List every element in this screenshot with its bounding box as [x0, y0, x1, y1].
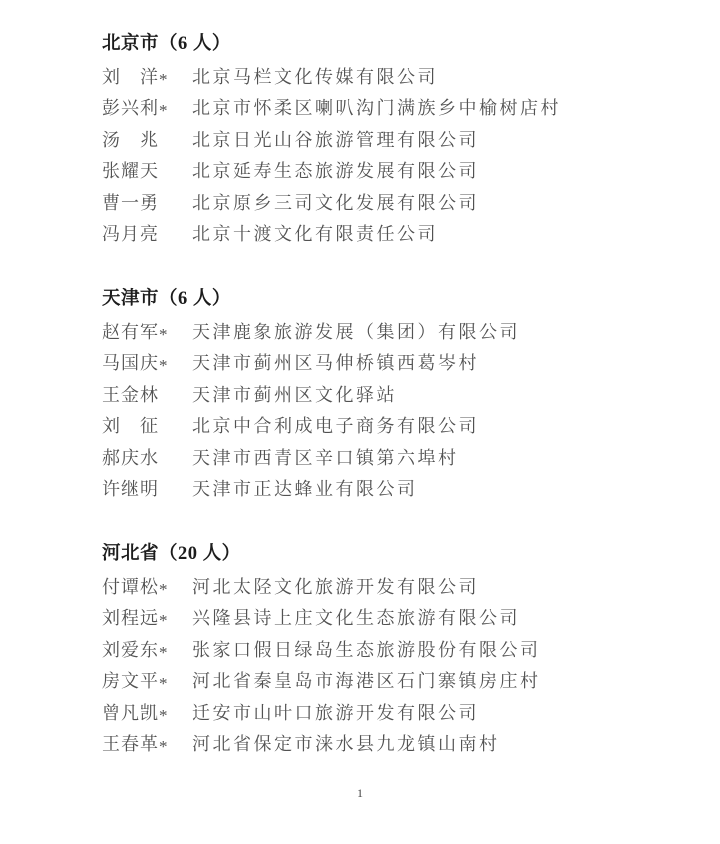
person-row: 冯月亮北京十渡文化有限责任公司 [102, 218, 680, 250]
person-organization: 天津市蓟州区马伸桥镇西葛岑村 [192, 349, 479, 375]
person-organization: 迁安市山叶口旅游开发有限公司 [192, 699, 479, 725]
person-row: 王春革*河北省保定市涞水县九龙镇山南村 [102, 728, 680, 760]
person-name: 刘程远 [102, 608, 159, 628]
person-name-block: 刘爱东* [102, 636, 192, 662]
footnote-asterisk-marker: * [159, 737, 168, 756]
footnote-asterisk-marker: * [159, 611, 168, 630]
person-row: 刘 洋*北京马栏文化传媒有限公司 [102, 60, 680, 92]
person-organization: 北京原乡三司文化发展有限公司 [192, 189, 479, 215]
person-name: 郝庆水 [102, 448, 159, 468]
section-title: 天津市（6 人） [102, 283, 680, 315]
person-name-block: 赵有军* [102, 318, 192, 344]
person-name-block: 彭兴利* [102, 94, 192, 120]
footnote-asterisk-marker: * [159, 674, 168, 693]
person-name: 付谭松 [102, 577, 159, 597]
person-organization: 北京延寿生态旅游发展有限公司 [192, 157, 479, 183]
section-rows: 赵有军*天津鹿象旅游发展（集团）有限公司 马国庆*天津市蓟州区马伸桥镇西葛岑村 … [102, 315, 680, 504]
person-row: 房文平*河北省秦皇岛市海港区石门寨镇房庄村 [102, 665, 680, 697]
person-name-block: 王金林 [102, 381, 192, 407]
person-name: 张耀天 [102, 161, 159, 181]
person-row: 郝庆水天津市西青区辛口镇第六埠村 [102, 441, 680, 473]
person-name: 刘 征 [102, 416, 159, 436]
person-name-block: 刘 征 [102, 412, 192, 438]
person-organization: 天津市蓟州区文化驿站 [192, 381, 397, 407]
province-section: 北京市（6 人） 刘 洋*北京马栏文化传媒有限公司 彭兴利*北京市怀柔区喇叭沟门… [102, 28, 680, 249]
person-row: 刘 征北京中合利成电子商务有限公司 [102, 410, 680, 442]
footnote-asterisk-marker: * [159, 325, 168, 344]
person-name-block: 曾凡凯* [102, 699, 192, 725]
person-name: 曹一勇 [102, 193, 159, 213]
person-name-block: 王春革* [102, 730, 192, 756]
footnote-asterisk-marker: * [159, 580, 168, 599]
person-name-block: 马国庆* [102, 349, 192, 375]
section-title: 北京市（6 人） [102, 28, 680, 60]
person-organization: 北京日光山谷旅游管理有限公司 [192, 126, 479, 152]
person-organization: 河北省秦皇岛市海港区石门寨镇房庄村 [192, 667, 541, 693]
person-row: 王金林天津市蓟州区文化驿站 [102, 378, 680, 410]
person-name-block: 许继明 [102, 475, 192, 501]
person-name-block: 刘 洋* [102, 63, 192, 89]
person-organization: 天津市正达蜂业有限公司 [192, 475, 418, 501]
person-name-block: 曹一勇 [102, 189, 192, 215]
person-name: 刘爱东 [102, 640, 159, 660]
person-row: 汤 兆北京日光山谷旅游管理有限公司 [102, 123, 680, 155]
person-organization: 张家口假日绿岛生态旅游股份有限公司 [192, 636, 541, 662]
person-row: 张耀天北京延寿生态旅游发展有限公司 [102, 155, 680, 187]
person-name-block: 房文平* [102, 667, 192, 693]
person-name-block: 张耀天 [102, 157, 192, 183]
person-name-block: 冯月亮 [102, 220, 192, 246]
footnote-asterisk-marker: * [159, 356, 168, 375]
person-row: 许继明天津市正达蜂业有限公司 [102, 473, 680, 505]
footnote-asterisk-marker: * [159, 706, 168, 725]
footnote-asterisk-marker: * [159, 70, 168, 89]
section-rows: 付谭松*河北太陉文化旅游开发有限公司 刘程远*兴隆县诗上庄文化生态旅游有限公司 … [102, 570, 680, 759]
person-name-block: 汤 兆 [102, 126, 192, 152]
person-row: 刘程远*兴隆县诗上庄文化生态旅游有限公司 [102, 602, 680, 634]
person-name: 马国庆 [102, 353, 159, 373]
person-organization: 北京十渡文化有限责任公司 [192, 220, 438, 246]
person-row: 付谭松*河北太陉文化旅游开发有限公司 [102, 570, 680, 602]
person-name: 房文平 [102, 671, 159, 691]
person-name: 王金林 [102, 385, 159, 405]
person-organization: 天津鹿象旅游发展（集团）有限公司 [192, 318, 520, 344]
person-organization: 北京市怀柔区喇叭沟门满族乡中榆树店村 [192, 94, 561, 120]
person-name: 汤 兆 [102, 130, 159, 150]
province-section: 河北省（20 人） 付谭松*河北太陉文化旅游开发有限公司 刘程远*兴隆县诗上庄文… [102, 538, 680, 759]
person-name-block: 付谭松* [102, 573, 192, 599]
person-row: 彭兴利*北京市怀柔区喇叭沟门满族乡中榆树店村 [102, 92, 680, 124]
document-page: 北京市（6 人） 刘 洋*北京马栏文化传媒有限公司 彭兴利*北京市怀柔区喇叭沟门… [0, 0, 720, 844]
person-row: 马国庆*天津市蓟州区马伸桥镇西葛岑村 [102, 347, 680, 379]
person-name: 王春革 [102, 734, 159, 754]
person-name: 刘 洋 [102, 67, 159, 87]
person-organization: 兴隆县诗上庄文化生态旅游有限公司 [192, 604, 520, 630]
sections-container: 北京市（6 人） 刘 洋*北京马栏文化传媒有限公司 彭兴利*北京市怀柔区喇叭沟门… [102, 28, 680, 759]
page-number: 1 [0, 786, 720, 801]
person-row: 曾凡凯*迁安市山叶口旅游开发有限公司 [102, 696, 680, 728]
person-organization: 河北太陉文化旅游开发有限公司 [192, 573, 479, 599]
person-organization: 北京中合利成电子商务有限公司 [192, 412, 479, 438]
person-row: 赵有军*天津鹿象旅游发展（集团）有限公司 [102, 315, 680, 347]
person-organization: 北京马栏文化传媒有限公司 [192, 63, 438, 89]
person-organization: 天津市西青区辛口镇第六埠村 [192, 444, 459, 470]
footnote-asterisk-marker: * [159, 643, 168, 662]
person-row: 刘爱东*张家口假日绿岛生态旅游股份有限公司 [102, 633, 680, 665]
section-title: 河北省（20 人） [102, 538, 680, 570]
person-name-block: 刘程远* [102, 604, 192, 630]
person-row: 曹一勇北京原乡三司文化发展有限公司 [102, 186, 680, 218]
province-section: 天津市（6 人） 赵有军*天津鹿象旅游发展（集团）有限公司 马国庆*天津市蓟州区… [102, 283, 680, 504]
person-organization: 河北省保定市涞水县九龙镇山南村 [192, 730, 500, 756]
person-name-block: 郝庆水 [102, 444, 192, 470]
section-rows: 刘 洋*北京马栏文化传媒有限公司 彭兴利*北京市怀柔区喇叭沟门满族乡中榆树店村 … [102, 60, 680, 249]
person-name: 冯月亮 [102, 224, 159, 244]
footnote-asterisk-marker: * [159, 101, 168, 120]
person-name: 曾凡凯 [102, 703, 159, 723]
person-name: 彭兴利 [102, 98, 159, 118]
person-name: 赵有军 [102, 322, 159, 342]
person-name: 许继明 [102, 479, 159, 499]
